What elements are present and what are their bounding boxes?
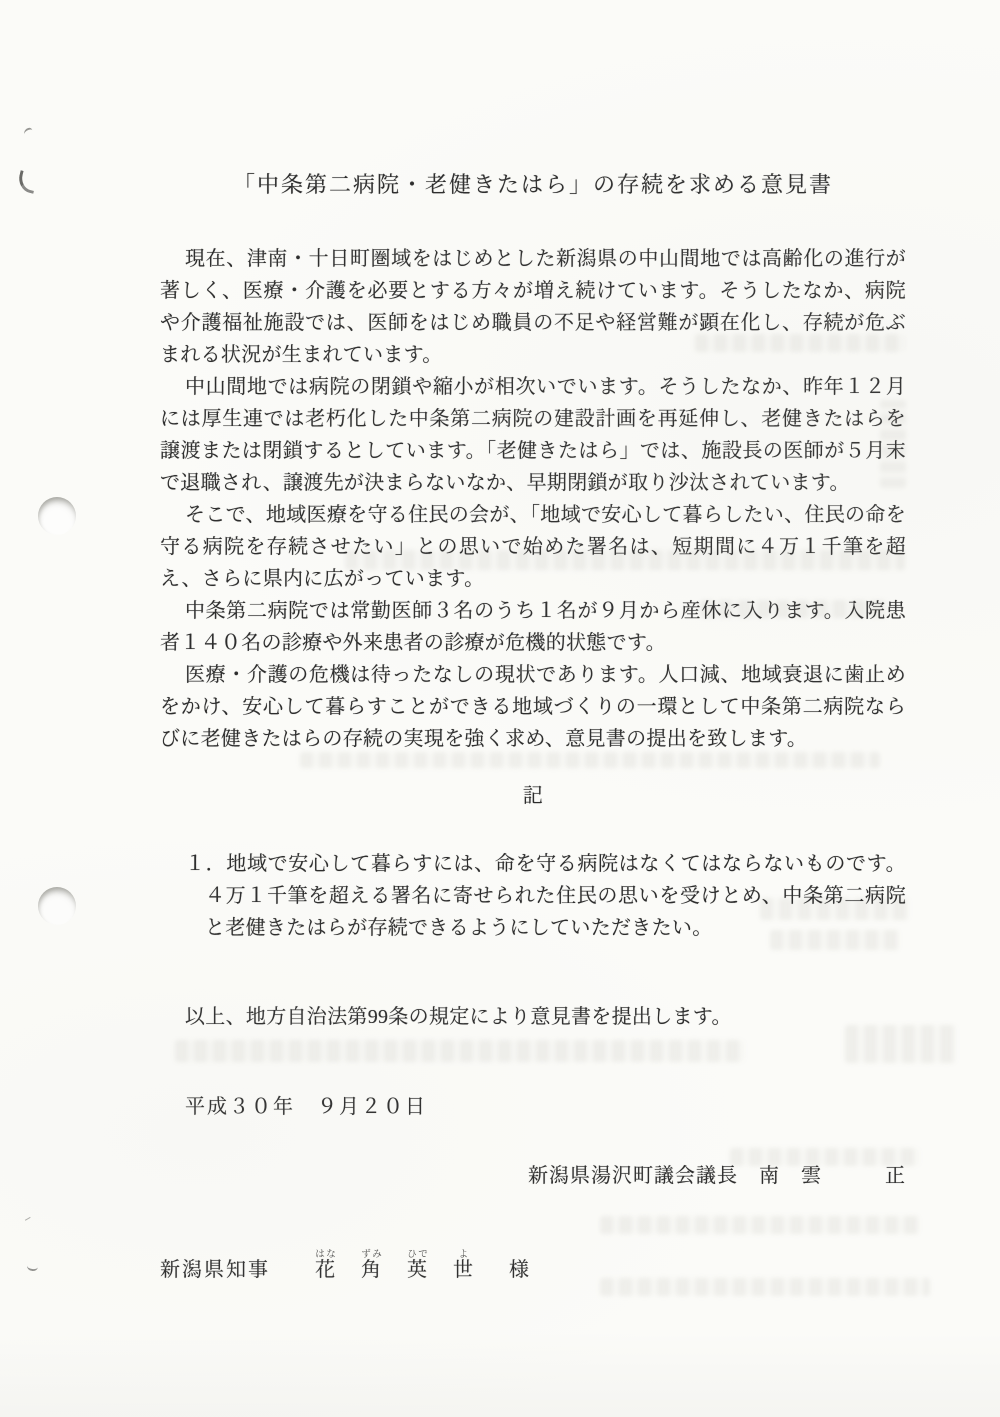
scanned-opinion-letter-page: 「中条第二病院・老健きたはら」の存続を求める意見書 現在、津南・十日町圏域をはじ… <box>0 0 1000 1417</box>
demand-item-number: １． <box>185 853 226 875</box>
pen-mark <box>16 170 38 194</box>
recipient-name-char-3: 英ひで <box>407 1259 429 1281</box>
document-title: 「中条第二病院・老健きたはら」の存続を求める意見書 <box>160 170 906 200</box>
pen-mark <box>23 127 34 138</box>
recipient-honorific: 様 <box>509 1259 531 1281</box>
closing-statement: 以上、地方自治法第99条の規定により意見書を提出します。 <box>160 1001 906 1033</box>
paragraph-3: そこで、地域医療を守る住民の会が、「地域で安心して暮らしたい、住民の命を守る病院… <box>160 499 906 595</box>
recipient-line: 新潟県知事花はな角ずみ英ひで世よ様 <box>160 1250 906 1286</box>
recipient-name: 花はな角ずみ英ひで世よ <box>315 1259 499 1281</box>
signer-line: 新潟県湯沢町議会議長 南 雲 正 <box>160 1160 906 1192</box>
demand-item-text: 地域で安心して暮らすには、命を守る病院はなくてはならないものです。４万１千筆を超… <box>205 853 906 939</box>
recipient-name-char-4: 世よ <box>453 1259 475 1281</box>
pen-mark <box>26 1261 38 1271</box>
paragraph-5: 医療・介護の危機は待ったなしの現状であります。人口減、地域衰退に歯止めをかけ、安… <box>160 659 906 755</box>
note-heading-ki: 記 <box>160 780 906 812</box>
recipient-title: 新潟県知事 <box>160 1259 270 1281</box>
pen-mark <box>25 1217 33 1225</box>
paragraph-2: 中山間地では病院の閉鎖や縮小が相次いでいます。そうしたなか、昨年１２月には厚生連… <box>160 371 906 499</box>
punch-hole-bottom <box>38 887 76 925</box>
paragraph-1: 現在、津南・十日町圏域をはじめとした新潟県の中山間地では高齢化の進行が著しく、医… <box>160 243 906 371</box>
recipient-name-char-2: 角ずみ <box>361 1259 383 1281</box>
recipient-name-char-1: 花はな <box>315 1259 337 1281</box>
document-date: 平成３０年 ９月２０日 <box>160 1091 906 1123</box>
document-body: 「中条第二病院・老健きたはら」の存続を求める意見書 現在、津南・十日町圏域をはじ… <box>160 170 906 1286</box>
punch-hole-top <box>38 497 76 535</box>
paragraph-4: 中条第二病院では常勤医師３名のうち１名が９月から産休に入ります。入院患者１４０名… <box>160 595 906 659</box>
demand-item-1: １．地域で安心して暮らすには、命を守る病院はなくてはならないものです。４万１千筆… <box>160 848 906 944</box>
